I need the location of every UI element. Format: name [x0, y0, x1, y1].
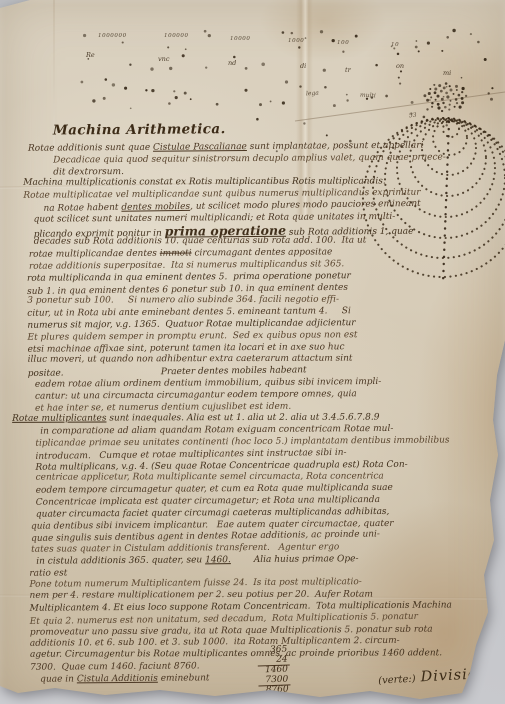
scale-word: di: [300, 62, 306, 70]
line-text-underlined: Cistulae Pascalianae: [153, 142, 247, 153]
scale-scribble: 53: [409, 112, 417, 120]
scale-scribble: lega: [306, 90, 319, 98]
scale-number: 100: [337, 40, 349, 46]
line-text: sunt implantatae, possunt et appellari: [247, 141, 424, 152]
manuscript-line: decades sub Rota additionis 10. quae cen…: [34, 235, 489, 248]
calc-product: 8760: [259, 686, 291, 698]
line-text: Rotae additionis sunt quae: [28, 143, 153, 154]
manuscript-photo: 1000000 100000 10000 1000 100 10 Re vnc …: [0, 0, 505, 704]
line-text: in cistula additionis 365. quater, seu: [36, 555, 205, 566]
line-text-underlined: 1460.: [205, 555, 231, 565]
divisio-label: Divisio: [420, 666, 478, 685]
verte-label: (verte:): [378, 674, 416, 687]
scale-number: 10: [391, 42, 399, 48]
scale-scribble: multi: [360, 92, 376, 100]
manuscript-line: Rotae multiplicantes sunt inaequales. Al…: [12, 412, 490, 425]
scale-word: tr: [345, 66, 351, 74]
manuscript-line: centricae applicetur, Rota multiplicante…: [36, 471, 491, 484]
paper-shadow-wrap: 1000000 100000 10000 1000 100 10 Re vnc …: [0, 0, 505, 704]
line-text-struck: immoti: [160, 249, 192, 259]
scale-word: vnc: [158, 55, 170, 63]
line-text: rotae multiplicandae dentes: [29, 249, 160, 260]
manuscript-page: 1000000 100000 10000 1000 100 10 Re vnc …: [0, 0, 505, 704]
scale-word: nd: [228, 59, 236, 67]
line-text-underlined: dentes mobiles: [121, 202, 190, 213]
scale-word: Re: [86, 51, 95, 59]
line-text-underlined: Rotae multiplicantes: [12, 414, 106, 424]
scale-word: on: [396, 62, 404, 70]
scale-number: 10000: [230, 36, 251, 42]
multiplication-calc: 365 24 1460 7300 8760: [257, 645, 291, 697]
crease-line: [295, 92, 505, 121]
line-text: , ut scilicet modo plures modo pauciores…: [190, 199, 421, 212]
scale-word: mi: [443, 69, 451, 77]
scale-number: 100000: [164, 33, 189, 39]
manuscript-text: Machina Arithmetica. Rotae additionis su…: [10, 119, 492, 686]
manuscript-line: 3 ponetur sub 100. Si numero alio subind…: [27, 294, 489, 307]
manuscript-line: nem per 4. restare multiplicationem per …: [29, 589, 491, 602]
line-text: Alia huius primae Ope-: [231, 554, 359, 565]
manuscript-line: Machina multiplicationis constat ex Roti…: [23, 177, 488, 190]
line-text-underlined: Cistula Additionis: [77, 674, 158, 685]
line-text: quae in: [40, 674, 77, 684]
line-text: circumagant dentes appositae: [192, 248, 333, 259]
line-text: na Rotae habent: [43, 203, 121, 214]
scale-number: 1000000: [98, 33, 127, 39]
line-text: eminebunt: [158, 673, 210, 683]
verte-note: (verte:) Divisio: [378, 663, 478, 687]
line-text: sunt inaequales. Alia est ut 1. alia ut …: [106, 413, 379, 424]
scale-number: 1000: [288, 38, 304, 44]
page-title: Machina Arithmetica.: [53, 119, 488, 138]
